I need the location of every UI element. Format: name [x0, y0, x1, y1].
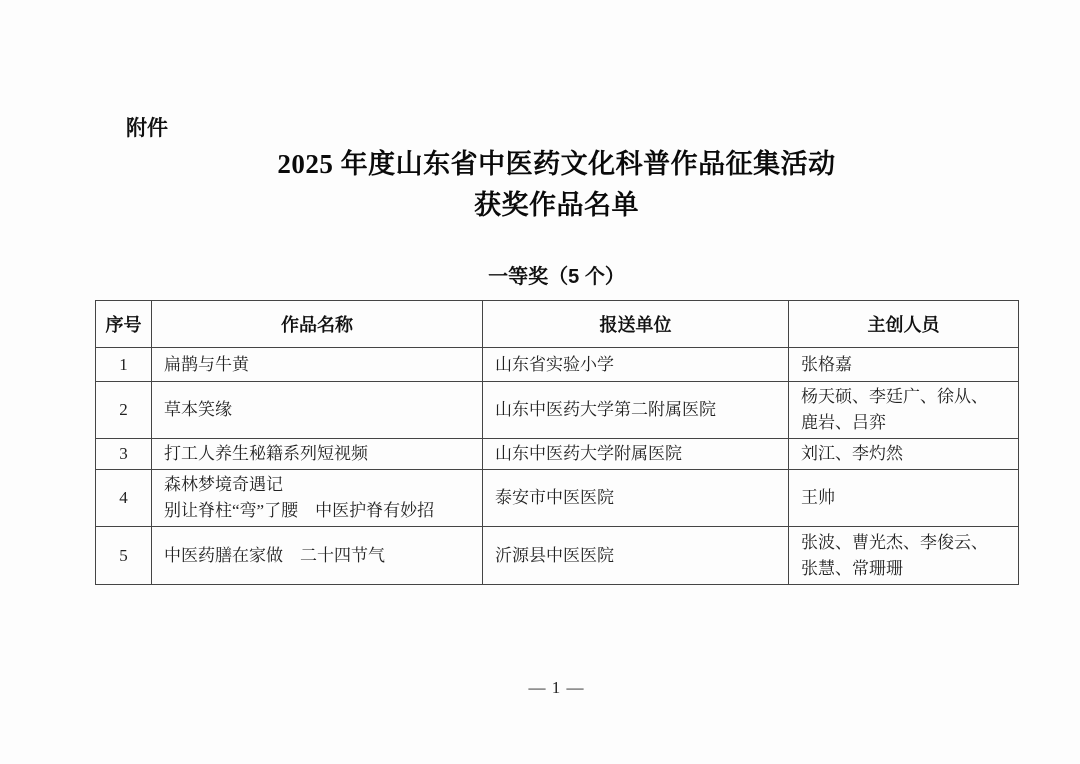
cell-seq: 4 [96, 470, 152, 527]
cell-title: 打工人养生秘籍系列短视频 [152, 439, 483, 470]
cell-title: 扁鹊与牛黄 [152, 348, 483, 382]
col-header-creators: 主创人员 [789, 301, 1019, 348]
table-row: 1 扁鹊与牛黄 山东省实验小学 张格嘉 [96, 348, 1019, 382]
cell-title: 草本笑缘 [152, 382, 483, 439]
col-header-title: 作品名称 [152, 301, 483, 348]
cell-org: 沂源县中医医院 [483, 527, 789, 585]
cell-seq: 1 [96, 348, 152, 382]
cell-creators: 张波、曹光杰、李俊云、 张慧、常珊珊 [789, 527, 1019, 585]
table-row: 2 草本笑缘 山东中医药大学第二附属医院 杨天硕、李廷广、徐从、 鹿岩、吕弈 [96, 382, 1019, 439]
cell-seq: 5 [96, 527, 152, 585]
document-title: 2025 年度山东省中医药文化科普作品征集活动 获奖作品名单 [95, 144, 1018, 226]
awards-table: 序号 作品名称 报送单位 主创人员 1 扁鹊与牛黄 山东省实验小学 张格嘉 2 … [95, 300, 1019, 585]
cell-title: 森林梦境奇遇记 别让脊柱“弯”了腰 中医护脊有妙招 [152, 470, 483, 527]
title-line-1: 2025 年度山东省中医药文化科普作品征集活动 [95, 144, 1018, 185]
section-heading: 一等奖（5 个） [95, 260, 1018, 289]
title-line-2: 获奖作品名单 [95, 185, 1018, 226]
cell-org: 山东中医药大学附属医院 [483, 439, 789, 470]
cell-creators: 张格嘉 [789, 348, 1019, 382]
table-row: 5 中医药膳在家做 二十四节气 沂源县中医医院 张波、曹光杰、李俊云、 张慧、常… [96, 527, 1019, 585]
col-header-org: 报送单位 [483, 301, 789, 348]
cell-org: 山东中医药大学第二附属医院 [483, 382, 789, 439]
table-header-row: 序号 作品名称 报送单位 主创人员 [96, 301, 1019, 348]
cell-creators: 杨天硕、李廷广、徐从、 鹿岩、吕弈 [789, 382, 1019, 439]
cell-title: 中医药膳在家做 二十四节气 [152, 527, 483, 585]
cell-creators: 刘江、李灼然 [789, 439, 1019, 470]
cell-creators: 王帅 [789, 470, 1019, 527]
document-page: 附件 2025 年度山东省中医药文化科普作品征集活动 获奖作品名单 一等奖（5 … [0, 0, 1080, 764]
table-row: 4 森林梦境奇遇记 别让脊柱“弯”了腰 中医护脊有妙招 泰安市中医医院 王帅 [96, 470, 1019, 527]
page-number: — 1 — [95, 678, 1018, 698]
cell-seq: 3 [96, 439, 152, 470]
cell-seq: 2 [96, 382, 152, 439]
cell-org: 泰安市中医医院 [483, 470, 789, 527]
cell-org: 山东省实验小学 [483, 348, 789, 382]
col-header-seq: 序号 [96, 301, 152, 348]
table-row: 3 打工人养生秘籍系列短视频 山东中医药大学附属医院 刘江、李灼然 [96, 439, 1019, 470]
attachment-label: 附件 [126, 112, 168, 142]
